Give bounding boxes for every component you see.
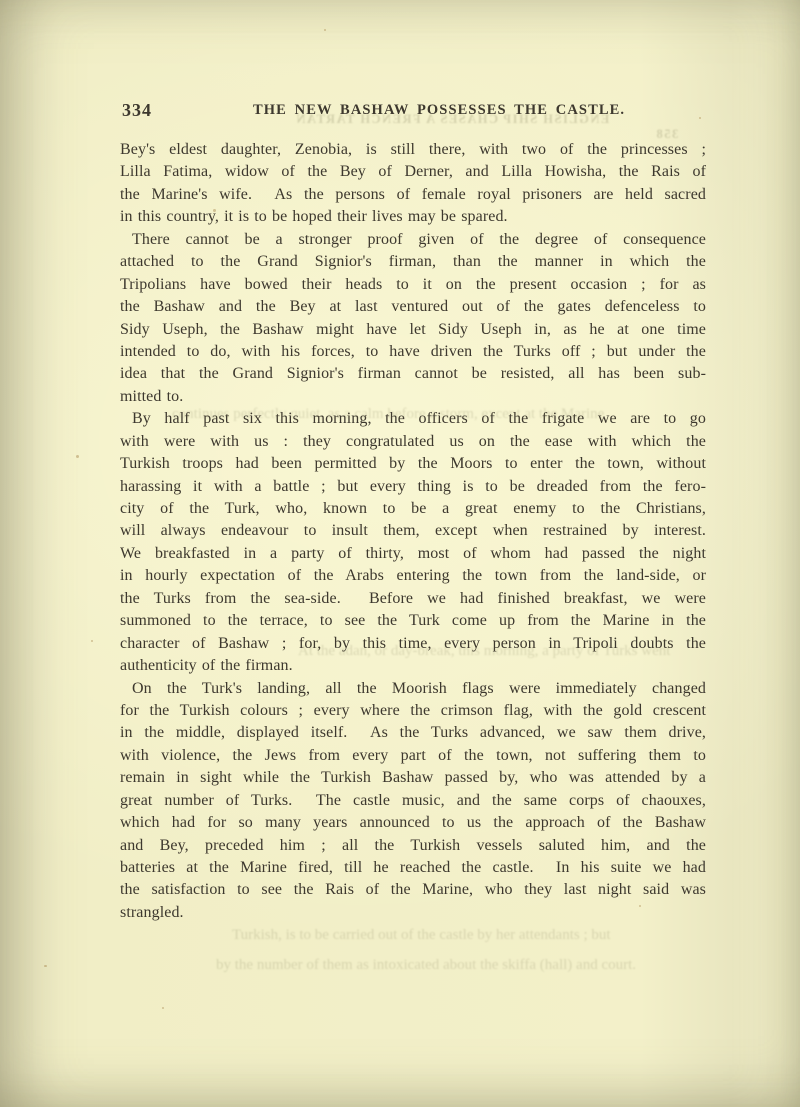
- paper-speck: [162, 1007, 164, 1009]
- text-line: the satisfaction to see the Rais of the …: [120, 879, 706, 901]
- page-header: 334 THE NEW BASHAW POSSESSES THE CASTLE.: [120, 100, 705, 124]
- bleedthrough-text: Turkish, is to be carried out of the cas…: [232, 927, 611, 944]
- text-line: We breakfasted in a party of thirty, mos…: [120, 543, 706, 565]
- paper-speck: [91, 640, 93, 642]
- bleedthrough-text: by the number of them as intoxicated abo…: [216, 957, 636, 974]
- text-line: Lilla Fatima, widow of the Bey of Derner…: [120, 161, 706, 183]
- text-line: in hourly expectation of the Arabs enter…: [120, 565, 706, 587]
- text-line: the Marine's wife. As the persons of fem…: [120, 184, 706, 206]
- text-line: attached to the Grand Signior's firman, …: [120, 251, 706, 273]
- text-line: Bey's eldest daughter, Zenobia, is still…: [120, 139, 706, 161]
- text-line: authenticity of the firman.: [120, 655, 706, 677]
- text-line: character of Bashaw ; for, by this time,…: [120, 633, 706, 655]
- text-line: strangled.: [120, 902, 706, 924]
- text-line: will always endeavour to insult them, ex…: [120, 520, 706, 542]
- running-title: THE NEW BASHAW POSSESSES THE CASTLE.: [253, 102, 625, 119]
- text-line: for the Turkish colours ; every where th…: [120, 700, 706, 722]
- paper-speck: [76, 455, 79, 458]
- text-line: with violence, the Jews from every part …: [120, 745, 706, 767]
- text-line: mitted to.: [120, 386, 706, 408]
- body-text: Bey's eldest daughter, Zenobia, is still…: [120, 139, 706, 924]
- text-line: batteries at the Marine fired, till he r…: [120, 857, 706, 879]
- text-line: By half past six this morning, the offic…: [120, 408, 706, 430]
- text-line: intended to do, with his forces, to have…: [120, 341, 706, 363]
- text-line: remain in sight while the Turkish Bashaw…: [120, 767, 706, 789]
- text-line: great number of Turks. The castle music,…: [120, 790, 706, 812]
- text-line: There cannot be a stronger proof given o…: [120, 229, 706, 251]
- text-line: in the middle, displayed itself. As the …: [120, 722, 706, 744]
- paper-speck: [44, 965, 47, 967]
- text-line: harassing it with a battle ; but every t…: [120, 476, 706, 498]
- text-line: Turkish troops had been permitted by the…: [120, 453, 706, 475]
- text-line: city of the Turk, who, known to be a gre…: [120, 498, 706, 520]
- text-line: the Turks from the sea-side. Before we h…: [120, 588, 706, 610]
- page-number: 334: [122, 100, 152, 121]
- text-line: summoned to the terrace, to see the Turk…: [120, 610, 706, 632]
- text-line: idea that the Grand Signior's firman can…: [120, 363, 706, 385]
- text-line: which had for so many years announced to…: [120, 812, 706, 834]
- paper-speck: [324, 29, 326, 31]
- text-line: On the Turk's landing, all the Moorish f…: [120, 678, 706, 700]
- text-line: Sidy Useph, the Bashaw might have let Si…: [120, 319, 706, 341]
- text-line: and Bey, preceded him ; all the Turkish …: [120, 835, 706, 857]
- text-line: the Bashaw and the Bey at last ventured …: [120, 296, 706, 318]
- text-line: with were with us : they congratulated u…: [120, 431, 706, 453]
- text-line: in this country, it is to be hoped their…: [120, 206, 706, 228]
- text-line: Tripolians have bowed their heads to it …: [120, 274, 706, 296]
